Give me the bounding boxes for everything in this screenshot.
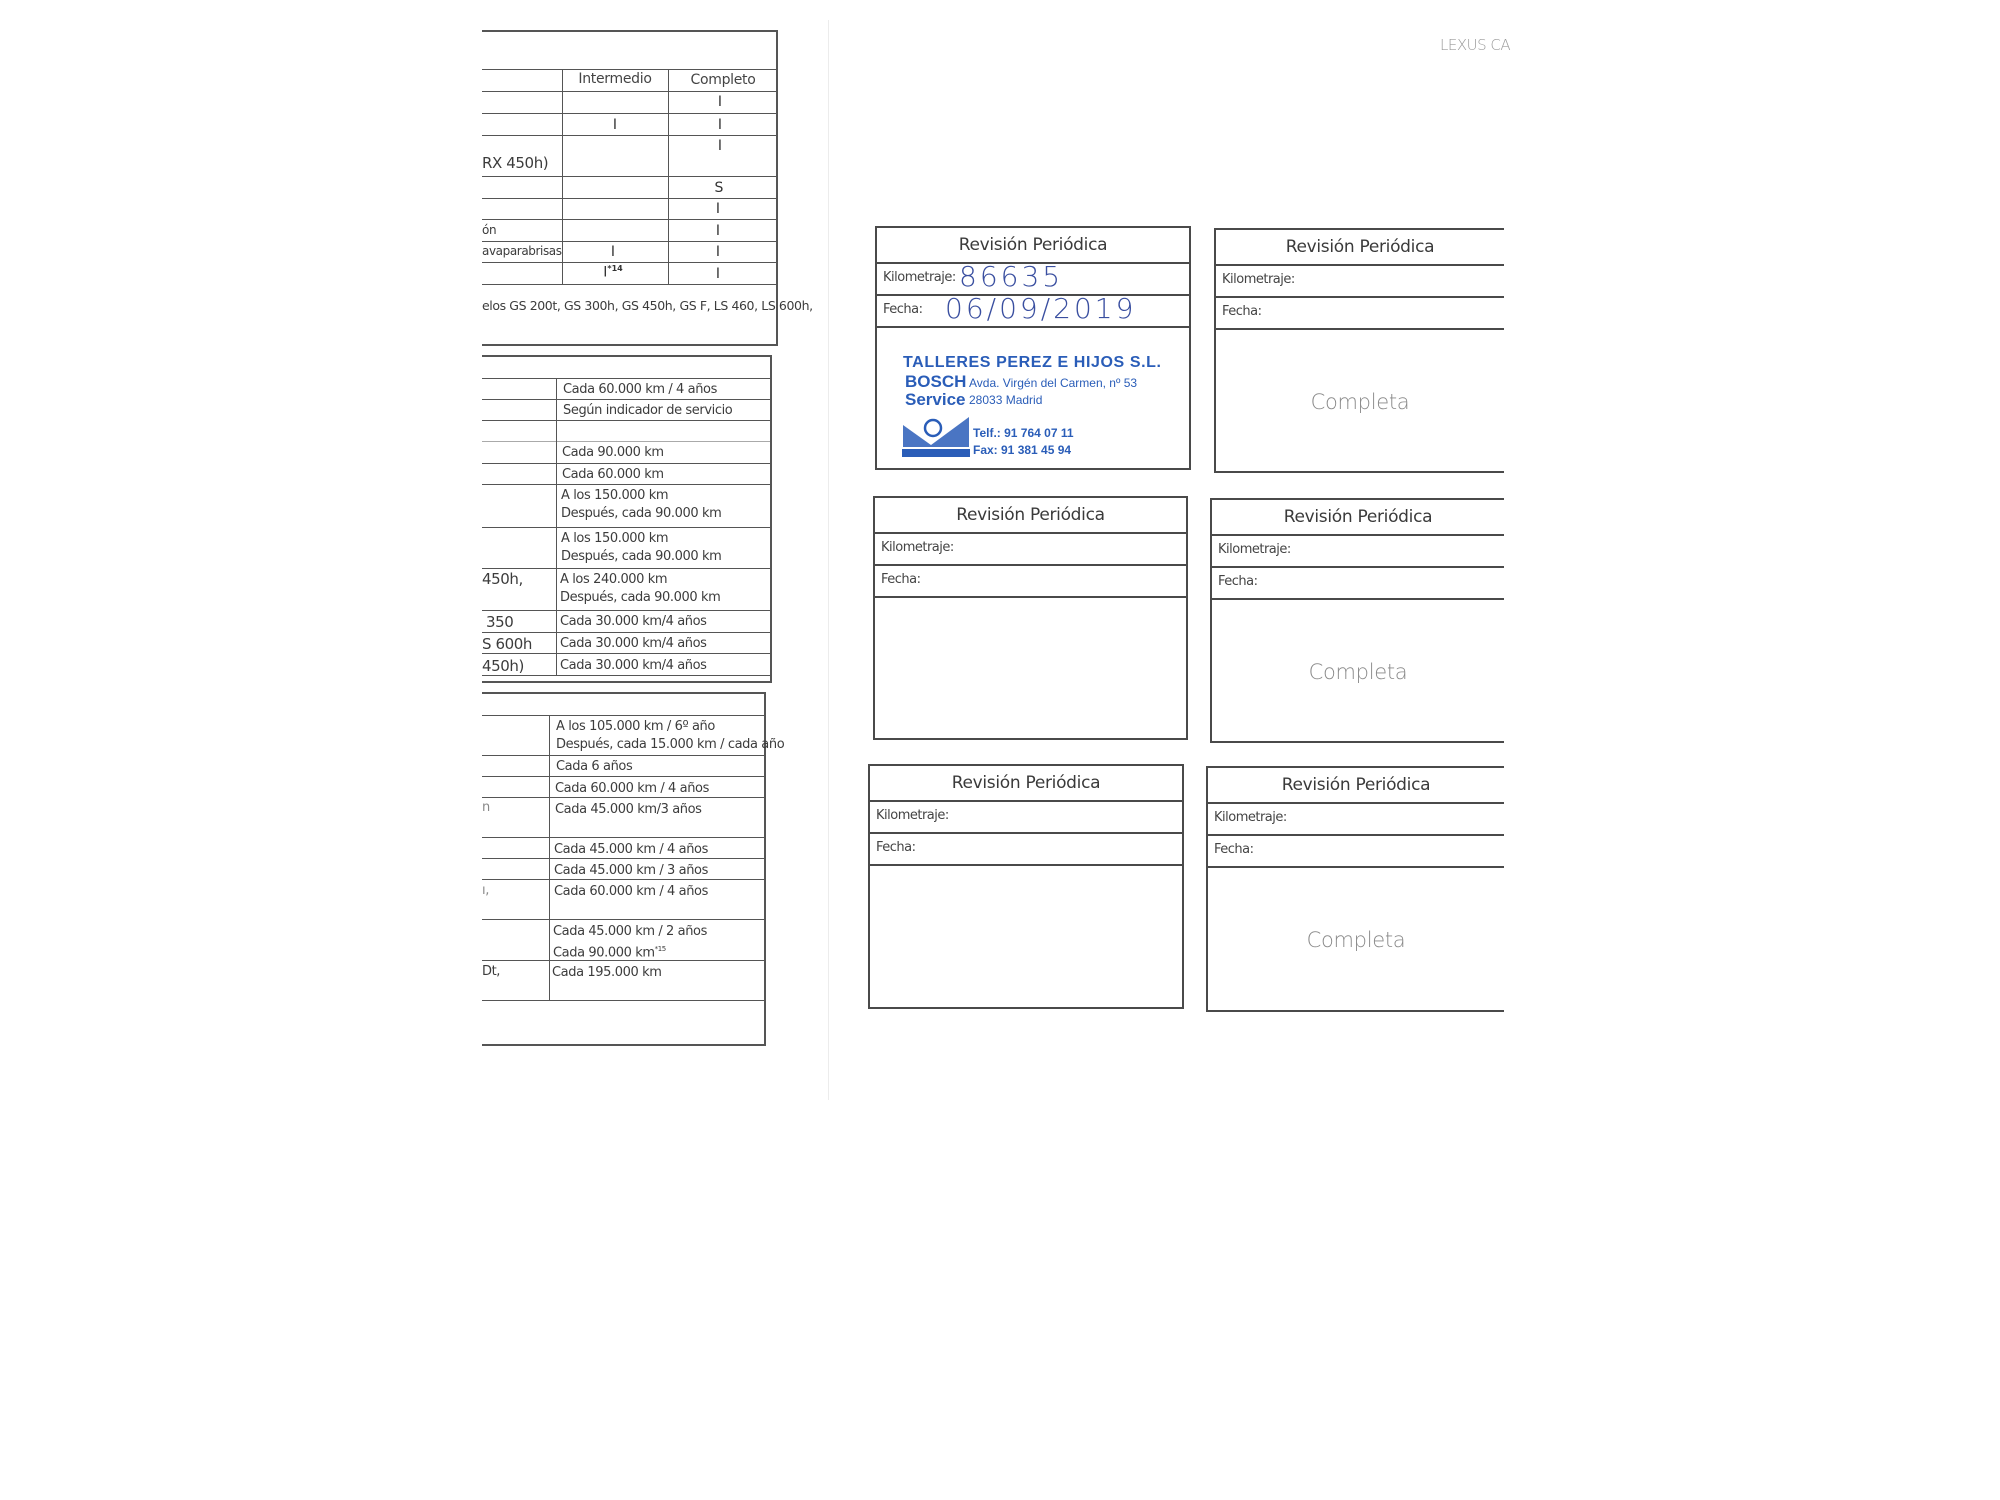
card-title: Revisión Periódica	[1216, 230, 1504, 266]
table-header-row: Intermedio Completo	[482, 70, 776, 92]
revision-type-label: Completa	[1208, 928, 1504, 952]
intervals-table-1: Cada 60.000 km / 4 años Según indicador …	[482, 355, 772, 683]
interval-value: Cada 30.000 km/4 años	[560, 635, 707, 652]
interval-value: Cada 45.000 km/3 años	[555, 801, 702, 818]
interval-value: Cada 90.000 km*15	[553, 941, 666, 961]
km-value[interactable]: 86635	[959, 260, 1063, 293]
date-label: Fecha:	[1214, 842, 1254, 857]
interval-value: Cada 60.000 km / 4 años	[554, 883, 708, 900]
interval-value: Cada 45.000 km / 3 años	[554, 862, 708, 879]
mark-completo: I	[668, 201, 768, 217]
stamp-city: 28033 Madrid	[969, 393, 1042, 407]
interval-value: Cada 60.000 km	[562, 466, 664, 483]
revision-card-3: Revisión Periódica Kilometraje: Fecha:	[873, 496, 1188, 740]
interval-value: A los 150.000 km	[561, 487, 668, 504]
revision-card-4: Revisión Periódica Kilometraje: Fecha: C…	[1210, 498, 1504, 743]
interval-value: A los 240.000 km	[560, 571, 667, 588]
row-label: RX 450h)	[482, 154, 548, 172]
interval-value: Cada 60.000 km / 4 años	[563, 381, 717, 398]
date-label: Fecha:	[1222, 304, 1262, 319]
mark-completo: I	[670, 94, 770, 110]
mark-completo: I	[668, 244, 768, 260]
mark-completo: I	[670, 138, 770, 154]
stamp-address: Avda. Virgén del Carmen, nº 53	[969, 376, 1137, 390]
table-footnote: elos GS 200t, GS 300h, GS 450h, GS F, LS…	[482, 298, 813, 313]
row-label: ón	[482, 223, 496, 237]
card-title: Revisión Periódica	[875, 498, 1186, 534]
card-title: Revisión Periódica	[870, 766, 1182, 802]
interval-value: Cada 6 años	[556, 758, 632, 775]
date-label: Fecha:	[881, 572, 921, 587]
row-label: n	[482, 800, 490, 815]
interval-value: Cada 30.000 km/4 años	[560, 657, 707, 674]
mark-intermedio: I*14	[563, 264, 663, 281]
km-label: Kilometraje:	[1222, 272, 1295, 287]
interval-value: Cada 45.000 km / 4 años	[554, 841, 708, 858]
mark-completo: S	[669, 180, 769, 196]
card-title: Revisión Periódica	[1208, 768, 1504, 804]
mark-completo: I	[668, 266, 768, 282]
km-label: Kilometraje:	[1218, 542, 1291, 557]
stamp-brand: BOSCH	[905, 372, 966, 392]
interval-value: Después, cada 90.000 km	[561, 505, 721, 522]
revision-card-2: Revisión Periódica Kilometraje: Fecha: C…	[1214, 228, 1504, 473]
date-label: Fecha:	[876, 840, 916, 855]
revision-card-1: Revisión Periódica Kilometraje: 86635 Fe…	[875, 226, 1191, 470]
stamp-fax: Fax: 91 381 45 94	[973, 443, 1071, 457]
row-label: ı,	[482, 883, 489, 898]
table-row	[482, 421, 770, 442]
interval-value: Cada 45.000 km / 2 años	[553, 923, 707, 940]
mark-completo: I	[670, 117, 770, 133]
revision-card-6: Revisión Periódica Kilometraje: Fecha: C…	[1206, 766, 1504, 1012]
interval-value: Según indicador de servicio	[563, 402, 732, 419]
row-label: avaparabrisas	[482, 244, 562, 258]
stamp-phone: Telf.: 91 764 07 11	[973, 426, 1074, 440]
interval-value: Cada 30.000 km/4 años	[560, 613, 707, 630]
row-label: 350	[486, 613, 513, 631]
interval-value: Cada 195.000 km	[552, 964, 661, 981]
row-label: 450h,	[482, 570, 523, 588]
interval-value: Después, cada 15.000 km / cada año	[556, 736, 784, 753]
revision-type-label: Completa	[1216, 390, 1504, 414]
date-label: Fecha:	[1218, 574, 1258, 589]
mark-intermedio: I	[563, 244, 663, 260]
row-label: Dt,	[482, 964, 500, 979]
date-label: Fecha:	[883, 302, 923, 317]
km-label: Kilometraje:	[1214, 810, 1287, 825]
date-value[interactable]: 06/09/2019	[945, 292, 1136, 325]
interval-value: Después, cada 90.000 km	[560, 589, 720, 606]
intervals-table-2: A los 105.000 km / 6º año Después, cada …	[482, 692, 766, 1046]
column-header-intermedio: Intermedio	[562, 71, 668, 87]
revision-type-label: Completa	[1212, 660, 1504, 684]
maintenance-table: Intermedio Completo RX 450h) ón avaparab…	[482, 30, 778, 346]
interval-value: Cada 90.000 km	[562, 444, 664, 461]
mark-intermedio: I	[565, 117, 665, 133]
interval-value: Cada 60.000 km / 4 años	[555, 780, 709, 797]
stamp-service: Service	[905, 390, 966, 410]
interval-value: Después, cada 90.000 km	[561, 548, 721, 565]
row-label: 450h)	[482, 657, 524, 675]
km-label: Kilometraje:	[876, 808, 949, 823]
brand-header: LEXUS CA	[1440, 36, 1510, 54]
mark-completo: I	[668, 223, 768, 239]
page-gutter	[828, 20, 829, 1100]
stamp-workshop-name: TALLERES PEREZ E HIJOS S.L.	[903, 354, 1162, 372]
revision-card-5: Revisión Periódica Kilometraje: Fecha:	[868, 764, 1184, 1009]
row-label: S 600h	[482, 635, 532, 653]
card-title: Revisión Periódica	[877, 228, 1189, 264]
km-label: Kilometraje:	[881, 540, 954, 555]
card-title: Revisión Periódica	[1212, 500, 1504, 536]
km-label: Kilometraje:	[883, 270, 956, 285]
interval-value: A los 105.000 km / 6º año	[556, 718, 715, 735]
column-header-completo: Completo	[670, 72, 776, 88]
interval-value: A los 150.000 km	[561, 530, 668, 547]
bosch-logo-icon	[901, 411, 971, 457]
